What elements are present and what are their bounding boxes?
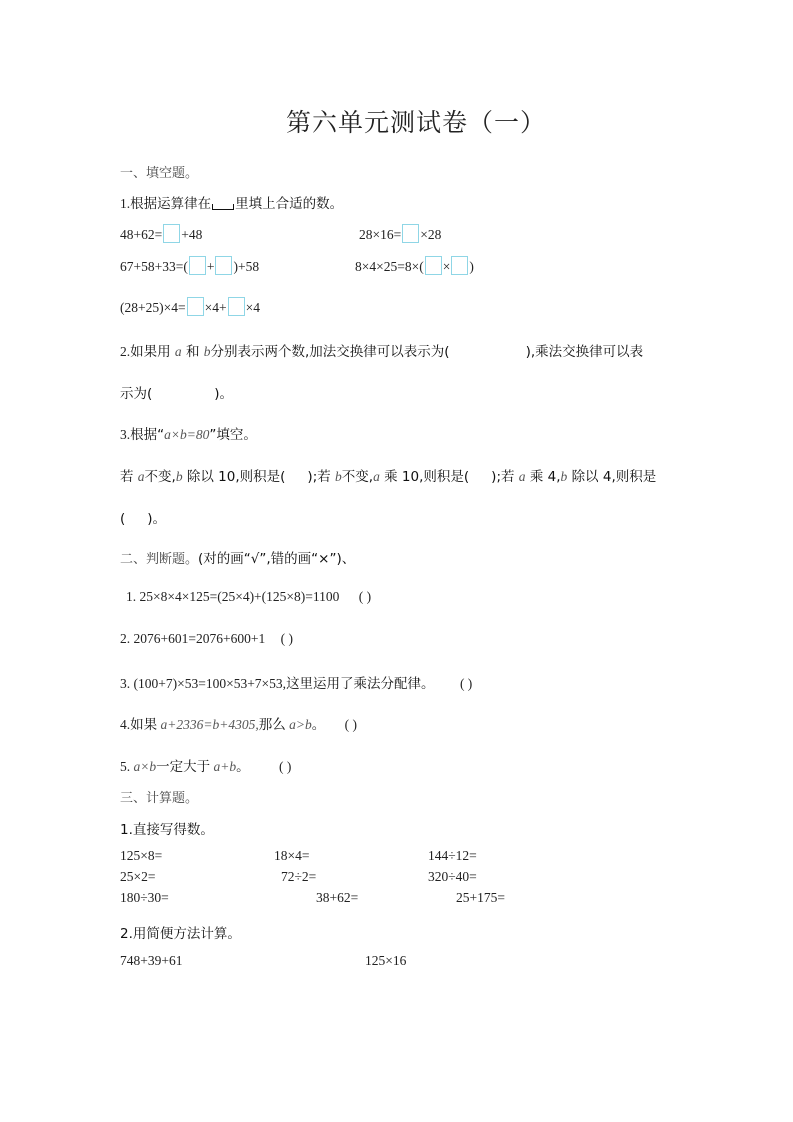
judgment-item-5: 5. a×b一定大于 a+b。 ( ) — [120, 755, 291, 775]
answer-parens[interactable]: ( ) — [279, 759, 291, 774]
equation-row: 48+62=+48 — [120, 224, 202, 243]
equation-row: (28+25)×4=×4+×4 — [120, 297, 260, 316]
answer-box[interactable] — [402, 224, 419, 243]
answer-box[interactable] — [215, 256, 232, 275]
calc-item: 320÷40= — [428, 869, 477, 885]
section-heading-true-false: 二、判断题。(对的画“√”,错的画“×”)、 — [120, 547, 355, 567]
section-heading-calculation: 三、计算题。 — [120, 787, 198, 806]
equation-row: 8×4×25=8×(×) — [355, 256, 474, 275]
question-2-continued: 示为()。 — [120, 382, 233, 402]
calc-item: 180÷30= — [120, 890, 169, 906]
calc-item: 125×16 — [365, 953, 406, 969]
page-title: 第六单元测试卷（一） — [286, 103, 546, 139]
calc-question-2-title: 2.用简便方法计算。 — [120, 922, 241, 942]
calc-item: 72÷2= — [281, 869, 316, 885]
calc-item: 125×8= — [120, 848, 162, 864]
question-3-continued: ()。 — [120, 507, 166, 527]
answer-box[interactable] — [189, 256, 206, 275]
calc-question-1-title: 1.直接写得数。 — [120, 818, 214, 838]
answer-box[interactable] — [425, 256, 442, 275]
answer-box[interactable] — [163, 224, 180, 243]
answer-parens[interactable]: ( ) — [460, 676, 472, 691]
answer-box[interactable] — [451, 256, 468, 275]
question-3-line: 若 a不变,b 除以 10,则积是();若 b不变,a 乘 10,则积是();若… — [120, 465, 656, 485]
section-heading-fill-in: 一、填空题。 — [120, 162, 198, 181]
calc-item: 38+62= — [316, 890, 358, 906]
answer-parens[interactable]: ( ) — [359, 589, 371, 604]
calc-item: 25+175= — [456, 890, 505, 906]
answer-parens[interactable]: ( ) — [345, 717, 357, 732]
judgment-item-3: 3. (100+7)×53=100×53+7×53,这里运用了乘法分配律。 ( … — [120, 672, 472, 692]
question-1-instruction: 1.根据运算律在里填上合适的数。 — [120, 192, 343, 212]
calc-item: 25×2= — [120, 869, 155, 885]
answer-parens[interactable]: ( ) — [281, 631, 293, 646]
answer-box-icon — [212, 204, 234, 210]
judgment-item-2: 2. 2076+601=2076+600+1 ( ) — [120, 631, 293, 647]
calc-item: 144÷12= — [428, 848, 477, 864]
judgment-item-1: 1. 25×8×4×125=(25×4)+(125×8)=1100 ( ) — [126, 589, 371, 605]
question-3-heading: 3.根据“a×b=80”填空。 — [120, 423, 257, 443]
answer-box[interactable] — [228, 297, 245, 316]
answer-box[interactable] — [187, 297, 204, 316]
equation-row: 67+58+33=(+)+58 — [120, 256, 259, 275]
question-2: 2.如果用 a 和 b分别表示两个数,加法交换律可以表示为(),乘法交换律可以表 — [120, 340, 643, 360]
calc-item: 748+39+61 — [120, 953, 182, 969]
judgment-item-4: 4.如果 a+2336=b+4305,那么 a>b。 ( ) — [120, 713, 357, 733]
calc-item: 18×4= — [274, 848, 309, 864]
equation-row: 28×16=×28 — [359, 224, 441, 243]
